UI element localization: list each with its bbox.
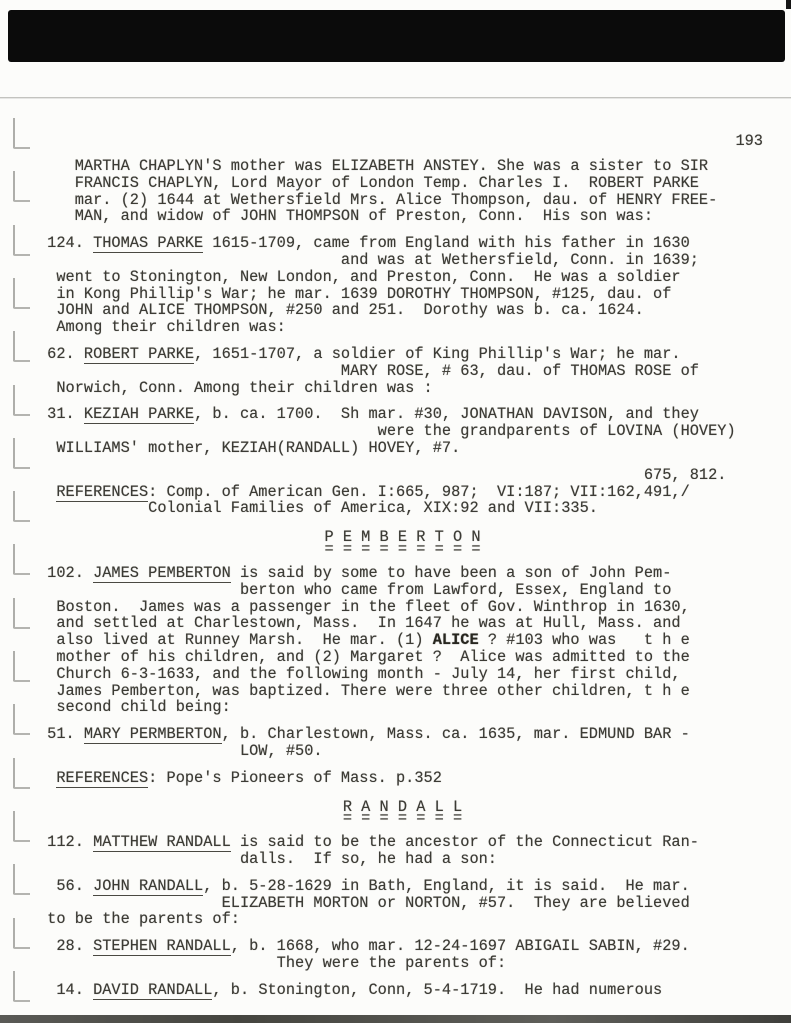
text-line: 102. JAMES PEMBERTON is said by some to …	[38, 565, 767, 582]
text-segment: 675, 812.	[38, 466, 726, 484]
section-heading-randall: R A N D A L L= = = = = = =	[38, 799, 767, 825]
text-segment: second child being:	[38, 698, 231, 716]
text-line: also lived at Runney Marsh. He mar. (1) …	[38, 632, 767, 649]
text-line: Colonial Families of America, XIX:92 and…	[38, 500, 767, 517]
entry-51-mary-permberton: 51. MARY PERMBERTON, b. Charlestown, Mas…	[38, 726, 767, 760]
scanner-corner-artifact	[786, 0, 791, 9]
text-segment: James Pemberton, was baptized. There wer…	[38, 682, 690, 700]
text-line: mar. (2) 1644 at Wethersfield Mrs. Alice…	[38, 192, 767, 209]
text-segment: is said by some to have been a son of Jo…	[231, 564, 672, 582]
text-line: WILLIAMS' mother, KEZIAH(RANDALL) HOVEY,…	[38, 440, 767, 457]
text-segment: Among their children was:	[38, 318, 286, 336]
text-segment: 124.	[38, 234, 93, 252]
text-line: MARTHA CHAPLYN'S mother was ELIZABETH AN…	[38, 158, 767, 175]
text-line: 51. MARY PERMBERTON, b. Charlestown, Mas…	[38, 726, 767, 743]
text-segment: berton who came from Lawford, Essex, Eng…	[38, 581, 671, 599]
references-parke: 675, 812. REFERENCES: Comp. of American …	[38, 467, 767, 517]
text-segment: 31.	[38, 405, 84, 423]
text-line: and was at Wethersfield, Conn. in 1639;	[38, 252, 767, 269]
text-segment: WILLIAMS' mother, KEZIAH(RANDALL) HOVEY,…	[38, 439, 460, 457]
entry-56-john-randall: 56. JOHN RANDALL, b. 5-28-1629 in Bath, …	[38, 878, 767, 928]
text-line: dalls. If so, he had a son:	[38, 851, 767, 868]
scan-rule-line-artifact	[0, 97, 791, 98]
text-line: Norwich, Conn. Among their children was …	[38, 380, 767, 397]
text-segment: also lived at Runney Marsh. He mar. (1)	[38, 631, 433, 649]
text-segment: dalls. If so, he had a son:	[38, 850, 497, 868]
entry-31-keziah-parke: 31. KEZIAH PARKE, b. ca. 1700. Sh mar. #…	[38, 406, 767, 456]
text-line: 62. ROBERT PARKE, 1651-1707, a soldier o…	[38, 346, 767, 363]
text-line: JOHN and ALICE THOMPSON, #250 and 251. D…	[38, 302, 767, 319]
text-line: MARY ROSE, # 63, dau. of THOMAS ROSE of	[38, 363, 767, 380]
entry-62-robert-parke: 62. ROBERT PARKE, 1651-1707, a soldier o…	[38, 346, 767, 396]
text-segment: FRANCIS CHAPLYN, Lord Mayor of London Te…	[38, 174, 699, 192]
entry-14-david-randall: 14. DAVID RANDALL, b. Stonington, Conn, …	[38, 982, 767, 999]
text-segment: 56.	[38, 877, 93, 895]
entry-124-thomas-parke: 124. THOMAS PARKE 1615-1709, came from E…	[38, 235, 767, 336]
page-number: 193	[735, 133, 763, 150]
heading-double-underline: = = = = = = =	[38, 813, 767, 824]
text-segment: to be the parents of:	[38, 910, 240, 928]
text-line: mother of his children, and (2) Margaret…	[38, 649, 767, 666]
text-segment: mar. (2) 1644 at Wethersfield Mrs. Alice…	[38, 191, 717, 209]
text-line: in Kong Phillip's War; he mar. 1639 DORO…	[38, 286, 767, 303]
text-segment: is said to be the ancestor of the Connec…	[231, 833, 699, 851]
text-line: were the grandparents of LOVINA (HOVEY)	[38, 423, 767, 440]
text-segment: 14.	[38, 981, 93, 999]
text-segment: MAN, and widow of JOHN THOMPSON of Prest…	[38, 207, 653, 225]
text-line: MAN, and widow of JOHN THOMPSON of Prest…	[38, 208, 767, 225]
heading-double-underline: = = = = = = = = =	[38, 544, 767, 555]
text-line: They were the parents of:	[38, 955, 767, 972]
text-line: 31. KEZIAH PARKE, b. ca. 1700. Sh mar. #…	[38, 406, 767, 423]
text-line: Boston. James was a passenger in the fle…	[38, 599, 767, 616]
text-segment: Boston. James was a passenger in the fle…	[38, 598, 690, 616]
scanner-black-bar-artifact	[8, 10, 785, 62]
scanned-page-sheet: 193 MARTHA CHAPLYN'S mother was ELIZABET…	[0, 0, 791, 1023]
text-segment: in Kong Phillip's War; he mar. 1639 DORO…	[38, 285, 671, 303]
text-segment	[38, 483, 56, 501]
text-segment: , 1651-1707, a soldier of King Phillip's…	[194, 345, 681, 363]
text-segment: JOHN and ALICE THOMPSON, #250 and 251. D…	[38, 301, 644, 319]
bold-text: ALICE	[433, 631, 479, 649]
text-line: Among their children was:	[38, 319, 767, 336]
document-text: MARTHA CHAPLYN'S mother was ELIZABETH AN…	[0, 150, 791, 999]
text-segment: and settled at Charlestown, Mass. In 164…	[38, 614, 681, 632]
text-segment: 1615-1709, came from England with his fa…	[203, 234, 690, 252]
underlined-name: REFERENCES	[56, 769, 148, 788]
text-line: REFERENCES: Comp. of American Gen. I:665…	[38, 484, 767, 501]
text-line: FRANCIS CHAPLYN, Lord Mayor of London Te…	[38, 175, 767, 192]
scan-bracket-artifact	[13, 118, 30, 149]
references-pemberton: REFERENCES: Pope's Pioneers of Mass. p.3…	[38, 770, 767, 787]
text-segment: : Pope's Pioneers of Mass. p.352	[148, 769, 442, 787]
text-line: and settled at Charlestown, Mass. In 164…	[38, 615, 767, 632]
section-heading-pemberton: P E M B E R T O N= = = = = = = = =	[38, 529, 767, 555]
text-line: Church 6-3-1633, and the following month…	[38, 666, 767, 683]
text-line: went to Stonington, New London, and Pres…	[38, 269, 767, 286]
text-line: 56. JOHN RANDALL, b. 5-28-1629 in Bath, …	[38, 878, 767, 895]
text-segment: mother of his children, and (2) Margaret…	[38, 648, 690, 666]
text-segment: , b. Stonington, Conn, 5-4-1719. He had …	[212, 981, 662, 999]
text-segment	[38, 769, 56, 787]
text-segment: ? #103 who was t h e	[479, 631, 690, 649]
text-segment: 28.	[38, 937, 93, 955]
text-line: 675, 812.	[38, 467, 767, 484]
text-line: 112. MATTHEW RANDALL is said to be the a…	[38, 834, 767, 851]
text-segment: ELIZABETH MORTON or NORTON, #57. They ar…	[38, 894, 690, 912]
text-segment: , b. ca. 1700. Sh mar. #30, JONATHAN DAV…	[194, 405, 699, 423]
text-segment: Norwich, Conn. Among their children was …	[38, 379, 433, 397]
text-line: berton who came from Lawford, Essex, Eng…	[38, 582, 767, 599]
text-line: ELIZABETH MORTON or NORTON, #57. They ar…	[38, 895, 767, 912]
text-segment: : Comp. of American Gen. I:665, 987; VI:…	[148, 483, 690, 501]
text-segment: 62.	[38, 345, 84, 363]
text-line: LOW, #50.	[38, 743, 767, 760]
text-segment: and was at Wethersfield, Conn. in 1639;	[38, 251, 699, 269]
text-segment: were the grandparents of LOVINA (HOVEY)	[38, 422, 736, 440]
text-segment: , b. Charlestown, Mass. ca. 1635, mar. E…	[222, 725, 690, 743]
text-segment: 51.	[38, 725, 84, 743]
text-segment: They were the parents of:	[38, 954, 506, 972]
scanner-bottom-band-artifact	[0, 1015, 791, 1023]
text-line: second child being:	[38, 699, 767, 716]
text-segment: Colonial Families of America, XIX:92 and…	[38, 499, 598, 517]
text-segment: , b. 5-28-1629 in Bath, England, it is s…	[203, 877, 690, 895]
text-line: 14. DAVID RANDALL, b. Stonington, Conn, …	[38, 982, 767, 999]
underlined-name: DAVID RANDALL	[93, 981, 212, 1000]
text-segment: 112.	[38, 833, 93, 851]
entry-112-matthew-randall: 112. MATTHEW RANDALL is said to be the a…	[38, 834, 767, 868]
text-segment: went to Stonington, New London, and Pres…	[38, 268, 681, 286]
text-line: 28. STEPHEN RANDALL, b. 1668, who mar. 1…	[38, 938, 767, 955]
intro-paragraph: MARTHA CHAPLYN'S mother was ELIZABETH AN…	[38, 158, 767, 225]
text-line: James Pemberton, was baptized. There wer…	[38, 683, 767, 700]
text-line: REFERENCES: Pope's Pioneers of Mass. p.3…	[38, 770, 767, 787]
text-segment: MARY ROSE, # 63, dau. of THOMAS ROSE of	[38, 362, 699, 380]
text-segment: , b. 1668, who mar. 12-24-1697 ABIGAIL S…	[231, 937, 690, 955]
text-segment: LOW, #50.	[38, 742, 323, 760]
text-line: 124. THOMAS PARKE 1615-1709, came from E…	[38, 235, 767, 252]
text-segment: Church 6-3-1633, and the following month…	[38, 665, 681, 683]
text-segment: MARTHA CHAPLYN'S mother was ELIZABETH AN…	[38, 157, 708, 175]
entry-102-james-pemberton: 102. JAMES PEMBERTON is said by some to …	[38, 565, 767, 716]
text-line: to be the parents of:	[38, 911, 767, 928]
entry-28-stephen-randall: 28. STEPHEN RANDALL, b. 1668, who mar. 1…	[38, 938, 767, 972]
text-segment: 102.	[38, 564, 93, 582]
